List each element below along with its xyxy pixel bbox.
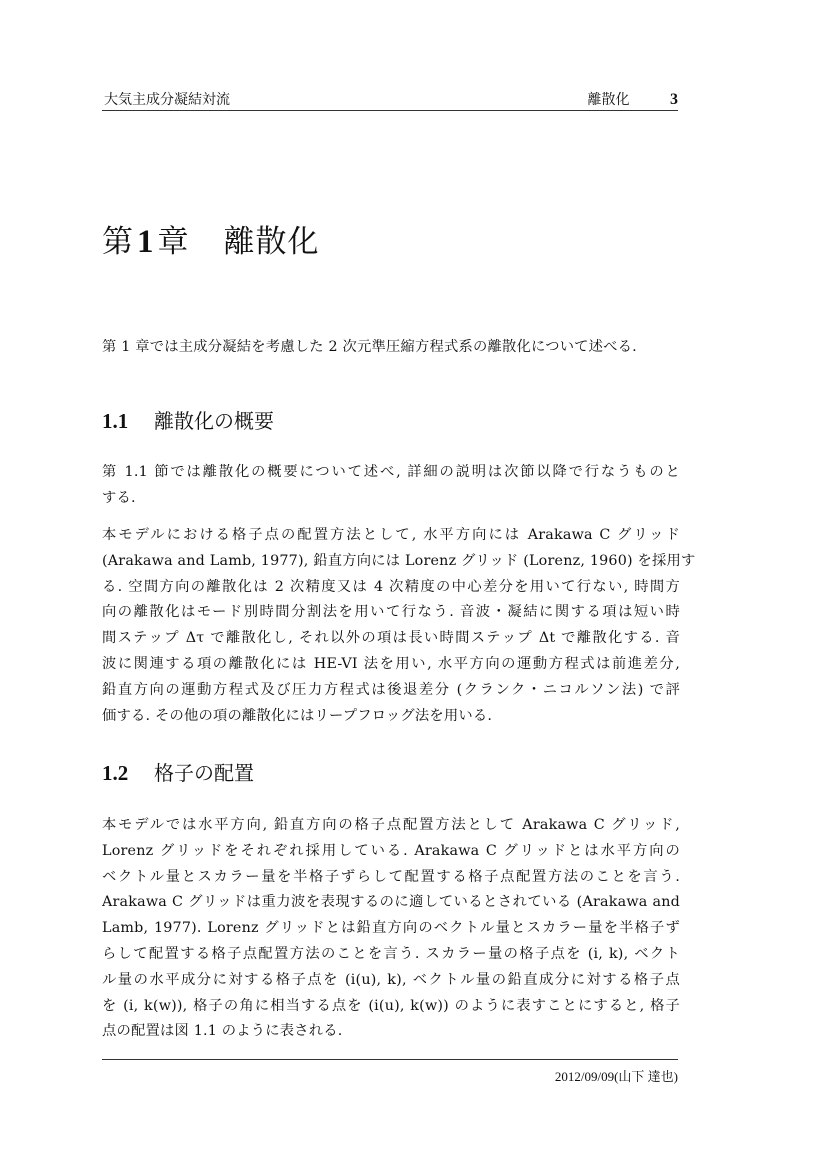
chapter-intro-paragraph: 第 1 章では主成分凝結を考慮した 2 次元準圧縮方程式系の離散化について述べる…: [102, 335, 680, 361]
chapter-title: 離散化: [224, 224, 320, 260]
text-line: らして配置する格子点配置方法のことを言う. スカラー量の格子点を (i, k),…: [102, 942, 680, 968]
chapter-suffix: 章: [158, 224, 190, 260]
section-heading-1-2: 1.2格子の配置: [102, 757, 254, 786]
page-number: 3: [670, 91, 678, 108]
section-1-1-paragraph-1: 第 1.1 節では離散化の概要について述べ, 詳細の説明は次節以降で行なうものと…: [102, 460, 680, 512]
chapter-prefix: 第: [102, 224, 134, 260]
text-line: Lorenz グリッドをそれぞれ採用している. Arakawa C グリッドとは…: [102, 839, 680, 865]
text-line: Arakawa C グリッドは重力波を表現するのに適しているとされている (Ar…: [102, 890, 680, 916]
text-line: Lamb, 1977). Lorenz グリッドとは鉛直方向のベクトル量とスカラ…: [102, 916, 680, 942]
text-line: る. 空間方向の離散化は 2 次精度又は 4 次精度の中心差分を用いて行ない, …: [102, 575, 680, 601]
chapter-number: 1: [137, 224, 155, 260]
section-1-1-paragraph-2: 本モデルにおける格子点の配置方法として, 水平方向には Arakawa C グリ…: [102, 523, 680, 729]
section-number: 1.1: [102, 409, 154, 434]
text-line: 向の離散化はモード別時間分割法を用いて行なう. 音波・凝結に関する項は短い時: [102, 600, 680, 626]
text-line: ル量の水平成分に対する格子点を (i(u), k), ベクトル量の鉛直成分に対す…: [102, 968, 680, 994]
section-1-2-paragraph-1: 本モデルでは水平方向, 鉛直方向の格子点配置方法として Arakawa C グリ…: [102, 813, 680, 1045]
text-line: を (i, k(w)), 格子の角に相当する点を (i(u), k(w)) のよ…: [102, 994, 680, 1020]
running-header: 大気主成分凝結対流 離散化 3: [102, 88, 678, 111]
chapter-heading: 第1章離散化: [102, 216, 320, 261]
section-title: 離散化の概要: [154, 409, 274, 433]
header-chapter-name: 離散化: [588, 92, 630, 108]
text-line: 間ステップ Δτ で離散化し, それ以外の項は長い時間ステップ Δt で離散化す…: [102, 626, 680, 652]
text-line: 波に関連する項の離散化には HE-VI 法を用い, 水平方向の運動方程式は前進差…: [102, 652, 680, 678]
text-line: 第 1 章では主成分凝結を考慮した 2 次元準圧縮方程式系の離散化について述べる…: [102, 335, 680, 361]
section-heading-1-1: 1.1離散化の概要: [102, 405, 274, 434]
text-line: 鉛直方向の運動方程式及び圧力方程式は後退差分 (クランク・ニコルソン法) で評: [102, 678, 680, 704]
footer-divider: [102, 1059, 678, 1060]
text-line: 価する. その他の項の離散化にはリープフロッグ法を用いる.: [102, 704, 680, 730]
text-line: 本モデルでは水平方向, 鉛直方向の格子点配置方法として Arakawa C グリ…: [102, 813, 680, 839]
footer-date-author: 2012/09/09(山下 達也): [555, 1066, 678, 1085]
text-line: ベクトル量とスカラー量を半格子ずらして配置する格子点配置方法のことを言う.: [102, 865, 680, 891]
running-title: 大気主成分凝結対流: [104, 89, 230, 109]
text-line: 本モデルにおける格子点の配置方法として, 水平方向には Arakawa C グリ…: [102, 523, 680, 549]
text-line: (Arakawa and Lamb, 1977), 鉛直方向には Lorenz …: [102, 549, 680, 575]
section-title: 格子の配置: [154, 761, 254, 785]
header-right: 離散化 3: [588, 89, 678, 109]
text-line: する.: [102, 486, 680, 512]
text-line: 第 1.1 節では離散化の概要について述べ, 詳細の説明は次節以降で行なうものと: [102, 460, 680, 486]
section-number: 1.2: [102, 761, 154, 786]
document-page: 大気主成分凝結対流 離散化 3 第1章離散化 第 1 章では主成分凝結を考慮した…: [0, 0, 826, 1169]
text-line: 点の配置は図 1.1 のように表される.: [102, 1019, 680, 1045]
